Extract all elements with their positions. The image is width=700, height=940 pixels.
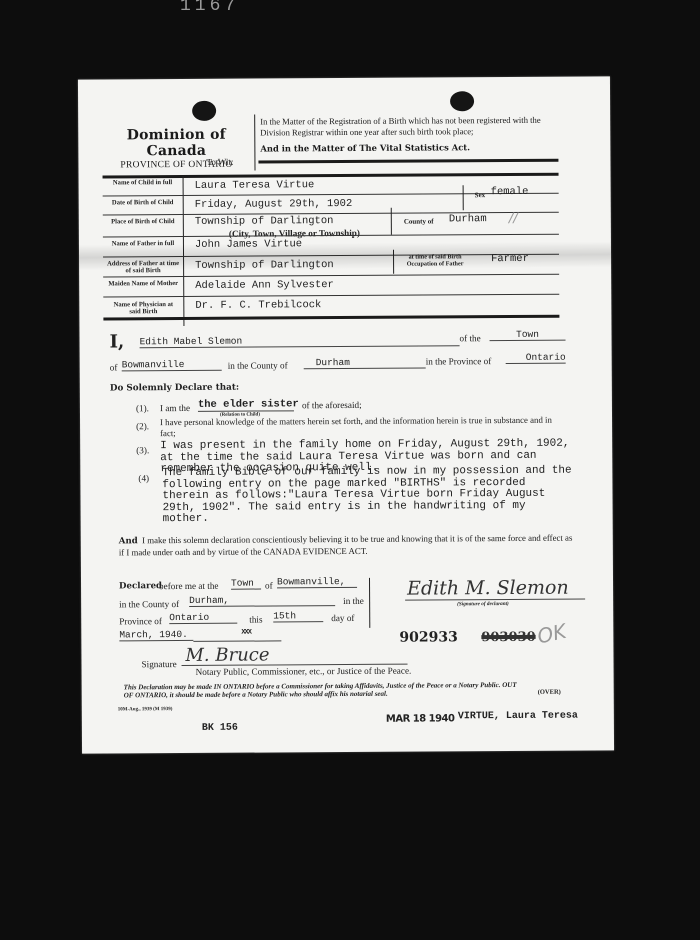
header-divider (254, 115, 255, 171)
table-bottom-rule (103, 315, 559, 321)
declarant-municipality: Bowmanville (122, 359, 222, 372)
over-label: (OVER) (538, 689, 561, 696)
declaration-bracket (369, 578, 370, 628)
declarant-signature-label: (Signature of declarant) (457, 601, 509, 607)
item-1-number: (1). (136, 403, 149, 413)
item-1-prefix: I am the (160, 403, 190, 413)
label-father-name: Name of Father in full (107, 240, 179, 248)
province-of-label: in the Province of (426, 356, 492, 366)
value-county: Durham (449, 213, 487, 225)
declared-place-type: Town (231, 578, 261, 590)
table-top-rule (103, 173, 559, 179)
header-rule (258, 159, 558, 164)
and-clause-lead: And (119, 536, 138, 546)
commissioner-signature-label: Signature (141, 659, 176, 669)
to-wit-label: To Wit: (206, 157, 233, 167)
solemnly-declare-heading: Do Solemnly Declare that: (110, 383, 239, 394)
i-label: I, (109, 331, 124, 352)
item-2-text: I have personal knowledge of the matters… (160, 415, 568, 438)
punch-hole-icon (450, 91, 474, 111)
county-pencil-mark: // (509, 211, 518, 226)
value-father-occupation: Farmer (491, 253, 529, 265)
form-title: Dominion of Canada (102, 127, 250, 160)
matter-clauses: In the Matter of the Registration of a B… (260, 115, 558, 155)
row-divider (103, 294, 559, 298)
declared-this-label: this (249, 615, 262, 625)
label-place-of-birth: Place of Birth of Child (107, 218, 179, 226)
occupation-divider (393, 250, 394, 274)
label-physician: Name of Physician at said Birth (107, 301, 179, 316)
sex-divider (463, 185, 464, 210)
label-father-occupation: at time of said Birth Occupation of Fath… (395, 253, 475, 268)
declared-day-of-label: day of (331, 613, 354, 623)
value-place-of-birth: Township of Darlington (195, 215, 334, 228)
item-4-text: The family Bible of our family is now in… (162, 466, 572, 526)
declared-day: 15th (273, 610, 323, 622)
declared-in-the-label: in the (343, 596, 364, 606)
label-county: County of (404, 217, 434, 225)
declared-county-label: in the County of (119, 599, 179, 609)
declarant-county: Durham (304, 357, 426, 370)
underline (193, 640, 281, 642)
struck-registration-number: 903030 (481, 630, 535, 645)
struck-text: XXX (241, 629, 251, 637)
of-the-label: of the (460, 333, 481, 343)
item-4-number: (4) (138, 473, 149, 483)
pencil-ok-mark: OK (535, 619, 568, 649)
value-name-of-child: Laura Teresa Virtue (195, 179, 315, 192)
commissioner-signature: M. Bruce (185, 644, 269, 666)
declared-month-year: March, 1940. (119, 629, 193, 641)
value-sex: female (491, 186, 529, 198)
declared-before-text: before me at the (159, 581, 218, 591)
birth-declaration-form: Dominion of Canada PROVINCE OF ONTARIO T… (78, 76, 614, 753)
declarant-municipality-type: Town (489, 329, 565, 341)
declarant-name: Edith Mabel Slemon (140, 334, 460, 348)
index-name-stamp: VIRTUE, Laura Teresa (458, 711, 578, 723)
and-clause: And I make this solemn declaration consc… (119, 533, 575, 558)
date-received-stamp: MAR 18 1940 (386, 713, 455, 724)
and-clause-text: I make this solemn declaration conscient… (119, 533, 573, 557)
place-of-birth-sublabel: (City, Town, Village or Township) (229, 228, 360, 239)
matter-registration: In the Matter of the Registration of a B… (260, 115, 558, 139)
book-number-stamp: BK 156 (202, 723, 238, 734)
footnote-text: This Declaration may be made IN ONTARIO … (124, 681, 528, 699)
label-mother-maiden-name: Maiden Name of Mother (107, 280, 179, 288)
declared-county: Durham, (189, 594, 335, 607)
item-3-number: (3). (136, 445, 149, 455)
declarant-signature: Edith M. Slemon (407, 577, 569, 600)
declared-lead: Declared (119, 581, 162, 591)
form-code: 10M-Aug., 1939 (M 1939) (118, 707, 173, 712)
value-father-name: John James Virtue (195, 238, 302, 251)
declared-place: Bowmanville, (277, 576, 357, 588)
declared-province: Ontario (169, 612, 237, 624)
commissioner-title: Notary Public, Commissioner, etc., or Ju… (196, 666, 412, 677)
declared-province-label: Province of (119, 616, 162, 626)
label-father-address: Address of Father at time of said Birth (107, 260, 179, 275)
label-sex: Sex (475, 191, 486, 199)
county-divider (391, 208, 392, 235)
value-physician: Dr. F. C. Trebilcock (195, 299, 321, 312)
of-label: of (110, 362, 118, 372)
table-label-divider (183, 176, 185, 326)
item-1-suffix: of the aforesaid; (302, 400, 362, 410)
label-name-of-child: Name of Child in full (107, 179, 179, 187)
label-date-of-birth: Date of Birth of Child (107, 199, 179, 207)
registration-number: 902933 (399, 629, 458, 645)
declarant-province: Ontario (506, 352, 566, 364)
relation-to-child: the elder sister (198, 398, 294, 412)
declared-of-label: of (265, 580, 273, 590)
value-date-of-birth: Friday, August 29th, 1902 (195, 198, 353, 211)
matter-vital-statistics: And in the Matter of The Vital Statistic… (260, 142, 558, 155)
value-father-address: Township of Darlington (195, 259, 334, 272)
value-mother-maiden-name: Adelaide Ann Sylvester (195, 279, 334, 292)
item-2-number: (2). (136, 421, 149, 431)
county-of-label: in the County of (228, 360, 288, 370)
archive-number-mark: 1167 (180, 0, 239, 16)
punch-hole-icon (192, 101, 216, 121)
